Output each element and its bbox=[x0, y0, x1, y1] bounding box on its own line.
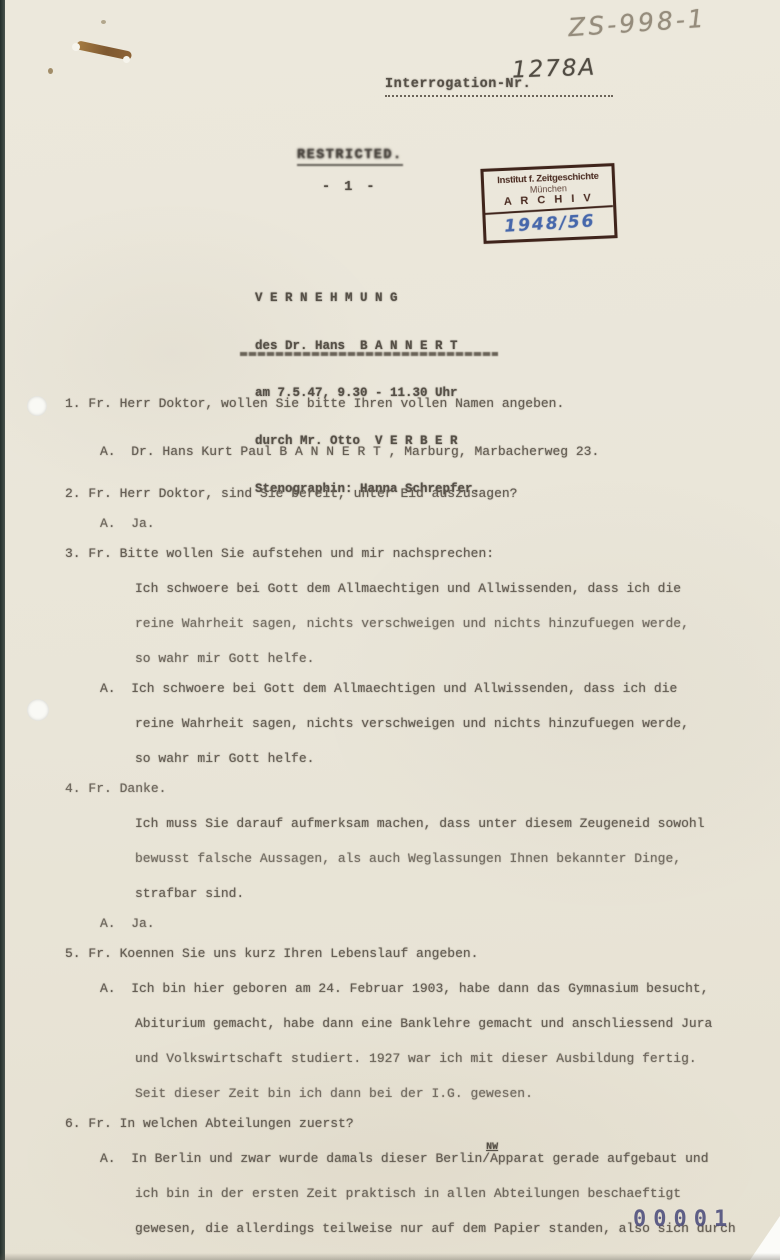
document-line: Seit dieser Zeit bin ich dann bei der I.… bbox=[135, 1086, 780, 1101]
document-line: ich bin in der ersten Zeit praktisch in … bbox=[135, 1186, 780, 1201]
scan-edge bbox=[0, 1253, 780, 1260]
paper-stain bbox=[48, 68, 53, 74]
document-line: strafbar sind. bbox=[135, 886, 780, 901]
document-line: 1. Fr. Herr Doktor, wollen Sie bitte Ihr… bbox=[65, 396, 780, 411]
folio-number-stamp: 00001 bbox=[633, 1207, 734, 1232]
document-line: und Volkswirtschaft studiert. 1927 war i… bbox=[135, 1051, 780, 1066]
document-line: 3. Fr. Bitte wollen Sie aufstehen und mi… bbox=[65, 546, 780, 561]
header-title: V E R N E H M U N G bbox=[255, 291, 480, 307]
document-line: reine Wahrheit sagen, nichts verschweige… bbox=[135, 716, 780, 731]
staple-mark bbox=[72, 43, 80, 51]
page-number: - 1 - bbox=[322, 180, 378, 195]
handwritten-interrogation-number: 1278A bbox=[512, 55, 597, 84]
document-line: Ich schwoere bei Gott dem Allmaechtigen … bbox=[135, 581, 780, 596]
document-line: Ich muss Sie darauf aufmerksam machen, d… bbox=[135, 816, 780, 831]
document-line: 6. Fr. In welchen Abteilungen zuerst? bbox=[65, 1116, 780, 1131]
staple-mark bbox=[123, 56, 130, 63]
paper-stain bbox=[101, 20, 106, 24]
interrogation-label: Interrogation-Nr. bbox=[385, 77, 531, 92]
document-line: 5. Fr. Koennen Sie uns kurz Ihren Lebens… bbox=[65, 946, 780, 961]
document-line: so wahr mir Gott helfe. bbox=[135, 751, 780, 766]
document-line: A. Ich bin hier geboren am 24. Februar 1… bbox=[100, 981, 780, 996]
document-line: A. Ja. bbox=[100, 516, 780, 531]
handwritten-zs-number: ZS-998-1 bbox=[567, 0, 779, 42]
document-page: ZS-998-1 Interrogation-Nr. 1278A RESTRIC… bbox=[0, 0, 780, 1260]
document-line: Abiturium gemacht, habe dann eine Bankle… bbox=[135, 1016, 780, 1031]
classification-heading: RESTRICTED. bbox=[297, 148, 403, 166]
document-line: so wahr mir Gott helfe. bbox=[135, 651, 780, 666]
typed-divider-line bbox=[240, 352, 498, 356]
document-body: 1. Fr. Herr Doktor, wollen Sie bitte Ihr… bbox=[0, 396, 780, 1236]
document-line: A. Dr. Hans Kurt Paul B A N N E R T , Ma… bbox=[100, 444, 780, 459]
document-line: 2. Fr. Herr Doktor, sind Sie bereit, unt… bbox=[65, 486, 780, 501]
document-line: A. Ich schwoere bei Gott dem Allmaechtig… bbox=[100, 681, 780, 696]
document-line: A. In Berlin und zwar wurde damals diese… bbox=[100, 1151, 780, 1166]
archive-stamp: Institut f. Zeitgeschichte München A R C… bbox=[480, 163, 617, 244]
document-line: A. Ja. bbox=[100, 916, 780, 931]
document-line: bewusst falsche Aussagen, als auch Wegla… bbox=[135, 851, 780, 866]
document-line: reine Wahrheit sagen, nichts verschweige… bbox=[135, 616, 780, 631]
document-line: 4. Fr. Danke. bbox=[65, 781, 780, 796]
